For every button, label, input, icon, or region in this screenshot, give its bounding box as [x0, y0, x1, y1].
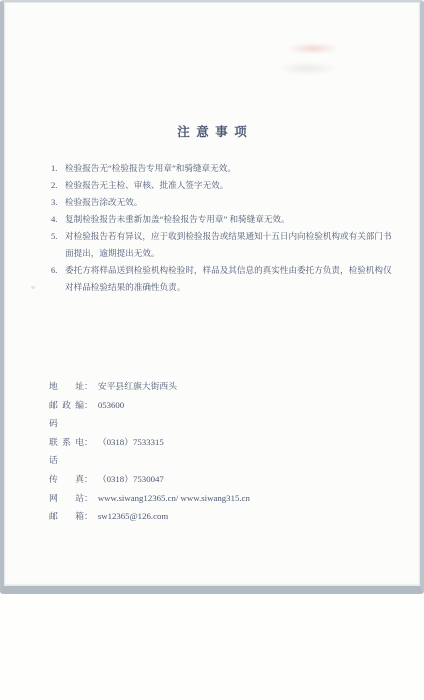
contact-label: 邮箱 [49, 507, 84, 526]
contact-value: 安平县红旗大街西头 [98, 377, 177, 396]
note-text: 检验报告无主检、审核、批准人签字无效。 [65, 177, 394, 194]
scan-background: 注意事项 1.检验报告无“检验报告专用章”和骑缝章无效。2.检验报告无主检、审核… [0, 0, 424, 700]
note-number: 2. [51, 177, 65, 194]
contact-label: 联系电话 [49, 433, 84, 470]
contact-row: 邮政编码：053600 [49, 396, 250, 433]
contact-label: 邮政编码 [49, 396, 84, 433]
note-number: 1. [51, 160, 65, 177]
contact-info-block: 地址：安平县红旗大街西头邮政编码：053600联系电话：（0318）753331… [49, 377, 250, 526]
contact-label: 地址 [49, 377, 84, 396]
note-item: 1.检验报告无“检验报告专用章”和骑缝章无效。 [51, 160, 394, 177]
note-text: 检验报告涂改无效。 [65, 194, 394, 211]
contact-row: 传真：（0318）7530047 [49, 470, 250, 489]
note-text: 复制检验报告未重新加盖“检验报告专用章” 和骑缝章无效。 [65, 211, 394, 228]
contact-colon: ： [84, 507, 93, 526]
note-number: 5. [51, 228, 65, 262]
contact-row: 网站：www.siwang12365.cn/ www.siwang315.cn [49, 489, 250, 508]
note-item: 2.检验报告无主检、审核、批准人签字无效。 [51, 177, 394, 194]
page-title: 注意事项 [4, 122, 420, 140]
note-item: 6.委托方将样品送到检验机构检验时，样品及其信息的真实性由委托方负责，检验机构仅… [51, 262, 394, 296]
contact-label: 传真 [49, 470, 84, 489]
outside-scan-area [0, 594, 424, 700]
contact-row: 邮箱：sw12365@126.com [49, 507, 250, 526]
contact-colon: ： [84, 377, 93, 396]
scan-smudge-artifact [287, 43, 339, 54]
document-page: 注意事项 1.检验报告无“检验报告专用章”和骑缝章无效。2.检验报告无主检、审核… [0, 0, 424, 594]
note-item: 5.对检验报告若有异议，应于收到检验报告或结果通知十五日内向检验机构或有关部门书… [51, 228, 394, 262]
contact-colon: ： [84, 396, 93, 433]
contact-value: www.siwang12365.cn/ www.siwang315.cn [98, 489, 250, 508]
note-number: 4. [51, 211, 65, 228]
contact-row: 联系电话：（0318）7533315 [49, 433, 250, 470]
notes-list: 1.检验报告无“检验报告专用章”和骑缝章无效。2.检验报告无主检、审核、批准人签… [51, 160, 394, 296]
contact-value: sw12365@126.com [98, 507, 168, 526]
note-item: 3.检验报告涂改无效。 [51, 194, 394, 211]
contact-colon: ： [84, 470, 93, 489]
scan-smudge-artifact [276, 62, 338, 75]
note-text: 委托方将样品送到检验机构检验时，样品及其信息的真实性由委托方负责，检验机构仅对样… [65, 262, 394, 296]
note-text: 检验报告无“检验报告专用章”和骑缝章无效。 [65, 160, 394, 177]
contact-colon: ： [84, 489, 93, 508]
contact-value: （0318）7533315 [98, 433, 164, 470]
note-text: 对检验报告若有异议，应于收到检验报告或结果通知十五日内向检验机构或有关部门书面提… [65, 228, 394, 262]
contact-label: 网站 [49, 489, 84, 508]
contact-value: 053600 [98, 396, 124, 433]
note-number: 6. [51, 262, 65, 296]
scan-dot-artifact [31, 286, 35, 289]
contact-value: （0318）7530047 [98, 470, 164, 489]
note-item: 4.复制检验报告未重新加盖“检验报告专用章” 和骑缝章无效。 [51, 211, 394, 228]
contact-colon: ： [84, 433, 93, 470]
note-number: 3. [51, 194, 65, 211]
contact-row: 地址：安平县红旗大街西头 [49, 377, 250, 396]
